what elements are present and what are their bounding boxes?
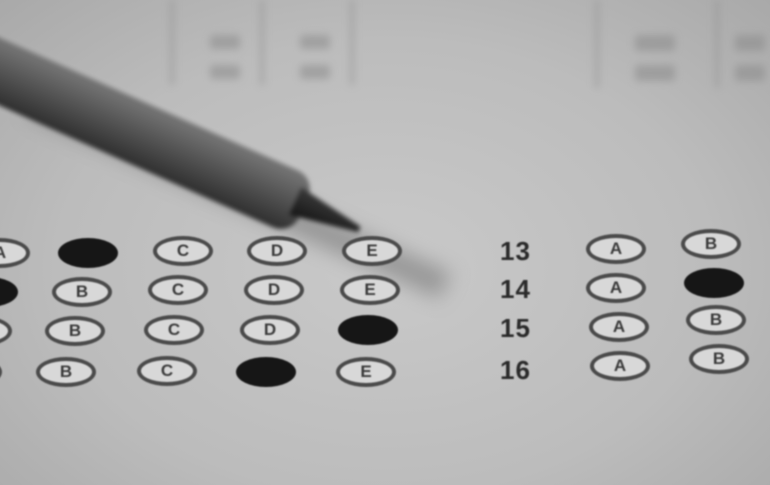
bubble-r1-A: A [0,238,30,268]
bubble-r4-B: B [36,357,96,387]
bubble-r3-D: D [240,315,300,345]
bubble-r1-B-filled [58,238,118,268]
bubble-r4-A: A [0,357,2,387]
pencil-tip [289,187,365,243]
background-sheet-grid-left [150,0,410,90]
bubble-r2-C: C [148,275,208,305]
bubble-16-A: A [590,351,650,381]
bubble-r3-B: B [45,316,105,346]
bubble-r1-C: C [153,236,213,266]
bubble-r2-E: E [340,275,400,305]
bubble-r2-B: B [52,277,112,307]
bubble-15-B: B [686,305,746,335]
bubble-r3-E-filled [338,315,398,345]
background-sheet-grid-right [595,0,770,90]
bubble-r2-D: D [244,275,304,305]
answer-sheet-photo: A C D E B C D E A B C D A B C E 13 A B 1… [0,0,770,485]
question-number-14: 14 [500,274,531,305]
question-number-15: 15 [500,313,531,344]
bubble-r4-D-filled [236,357,296,387]
bubble-r4-E: E [336,357,396,387]
bubble-r2-A-filled [0,277,18,307]
bubble-r1-D: D [247,236,307,266]
bubble-13-B: B [681,229,741,259]
bubble-14-B-filled [684,268,744,298]
bubble-16-B: B [689,344,749,374]
bubble-r3-C: C [144,315,204,345]
bubble-13-A: A [586,234,646,264]
bubble-r4-C: C [137,356,197,386]
question-number-16: 16 [500,355,531,386]
question-number-13: 13 [500,236,531,267]
bubble-15-A: A [589,312,649,342]
bubble-r3-A: A [0,316,12,346]
bubble-14-A: A [586,273,646,303]
bubble-r1-E: E [342,236,402,266]
